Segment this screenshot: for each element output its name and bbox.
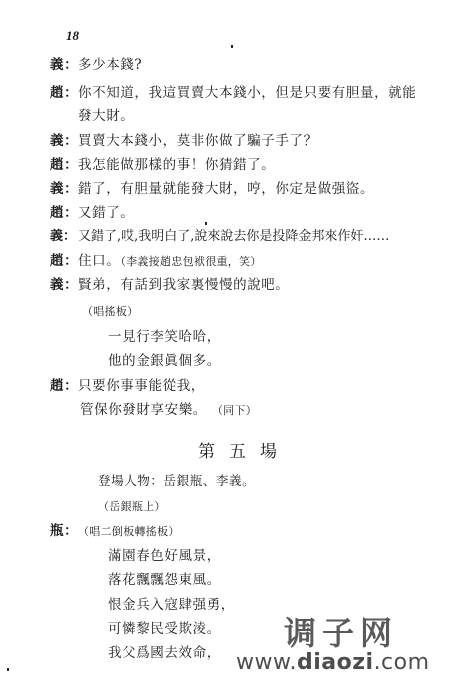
cast-list: 登場人物：岳銀瓶、李義。 xyxy=(98,472,255,490)
dialogue-line: 義：又錯了,哎,我明白了,說來說去你是投降金邦來作奸…… xyxy=(50,228,389,246)
speaker-label: 義： xyxy=(50,276,78,294)
song-line: 一見行李笑哈哈， xyxy=(108,328,221,346)
dialogue-text: 買賣大本錢小，莫非你做了騙子手了？ xyxy=(78,133,318,149)
singing-direction: （唱搖板） xyxy=(82,303,139,321)
dialogue-text: 住口。 xyxy=(78,253,120,269)
dialogue-line: 義：多少本錢? xyxy=(50,56,142,74)
dialogue-line: 趙：又錯了。 xyxy=(50,204,134,222)
speaker-label: 義： xyxy=(50,132,78,150)
song-line: 我父爲國去效命， xyxy=(108,644,221,662)
speaker-label: 瓶： xyxy=(50,522,78,540)
song-line: 管保你發財享安樂。 （同下） xyxy=(80,401,257,420)
speaker-label: 義： xyxy=(50,180,78,198)
dialogue-line: 義：錯了，有胆量就能發大財，哼，你定是做强盜。 xyxy=(50,180,374,198)
stage-direction: （李義接趙忠包袱很重，笑） xyxy=(120,255,261,268)
song-line: 落花飄飄怨東風。 xyxy=(108,571,221,589)
print-speck xyxy=(205,222,207,225)
song-line: 可憐黎民受欺淩。 xyxy=(108,620,221,638)
speaker-label: 趙： xyxy=(50,252,78,270)
entrance-direction: （岳銀瓶上） xyxy=(98,498,166,516)
dialogue-text: 錯了，有胆量就能發大財，哼，你定是做强盜。 xyxy=(78,181,374,197)
dialogue-line: 趙：住口。（李義接趙忠包袱很重，笑） xyxy=(50,252,262,271)
url-domain: diaozi xyxy=(297,650,374,675)
dialogue-text: 又錯了。 xyxy=(78,205,134,221)
song-line: 滿園春色好風景， xyxy=(108,547,221,565)
watermark-url: www.diaozi.com xyxy=(236,650,430,675)
dialogue-line: 趙：你不知道，我這買賣大本錢小，但是只要有胆量，就能 xyxy=(50,84,416,102)
singing-direction: （唱二倒板轉搖板） xyxy=(78,525,180,538)
url-prefix: www. xyxy=(236,650,297,675)
page-number: 18 xyxy=(66,28,79,44)
dialogue-text: 發大財。 xyxy=(78,108,134,124)
dialogue-line: 義：賢弟，有話到我家裏慢慢的說吧。 xyxy=(50,276,290,294)
speaker-label: 趙： xyxy=(50,204,78,222)
print-speck xyxy=(7,668,9,671)
watermark-logo: 调子网 xyxy=(284,608,398,654)
dialogue-text: 你不知道，我這買賣大本錢小，但是只要有胆量，就能 xyxy=(78,85,416,101)
speaker-label: 趙： xyxy=(50,84,78,102)
dialogue-line-continuation: 發大財。 xyxy=(78,107,134,125)
speaker-label: 趙： xyxy=(50,377,78,395)
song-text: 管保你發財享安樂。 xyxy=(80,402,207,418)
dialogue-line: 瓶：（唱二倒板轉搖板） xyxy=(50,522,180,541)
dialogue-line: 趙：只要你事事能從我， xyxy=(50,377,205,395)
song-line: 他的金銀眞個多。 xyxy=(108,352,221,370)
speaker-label: 義： xyxy=(50,228,78,246)
speaker-label: 義： xyxy=(50,56,78,74)
dialogue-line: 義：買賣大本錢小，莫非你做了騙子手了？ xyxy=(50,132,318,150)
song-line: 只要你事事能從我， xyxy=(78,378,205,394)
song-line: 恨金兵入寇肆强勇， xyxy=(108,596,235,614)
dialogue-line: 趙：我怎能做那樣的事！你猜錯了。 xyxy=(50,156,275,174)
print-speck xyxy=(231,45,233,48)
dialogue-text: 多少本錢? xyxy=(78,57,142,73)
exit-direction: （同下） xyxy=(212,404,257,417)
dialogue-text: 又錯了,哎,我明白了,說來說去你是投降金邦來作奸…… xyxy=(78,229,389,244)
url-suffix: .com xyxy=(374,650,430,675)
scene-title: 第五場 xyxy=(198,437,291,462)
dialogue-text: 賢弟，有話到我家裏慢慢的說吧。 xyxy=(78,277,290,293)
dialogue-text: 我怎能做那樣的事！你猜錯了。 xyxy=(78,157,275,173)
speaker-label: 趙： xyxy=(50,156,78,174)
